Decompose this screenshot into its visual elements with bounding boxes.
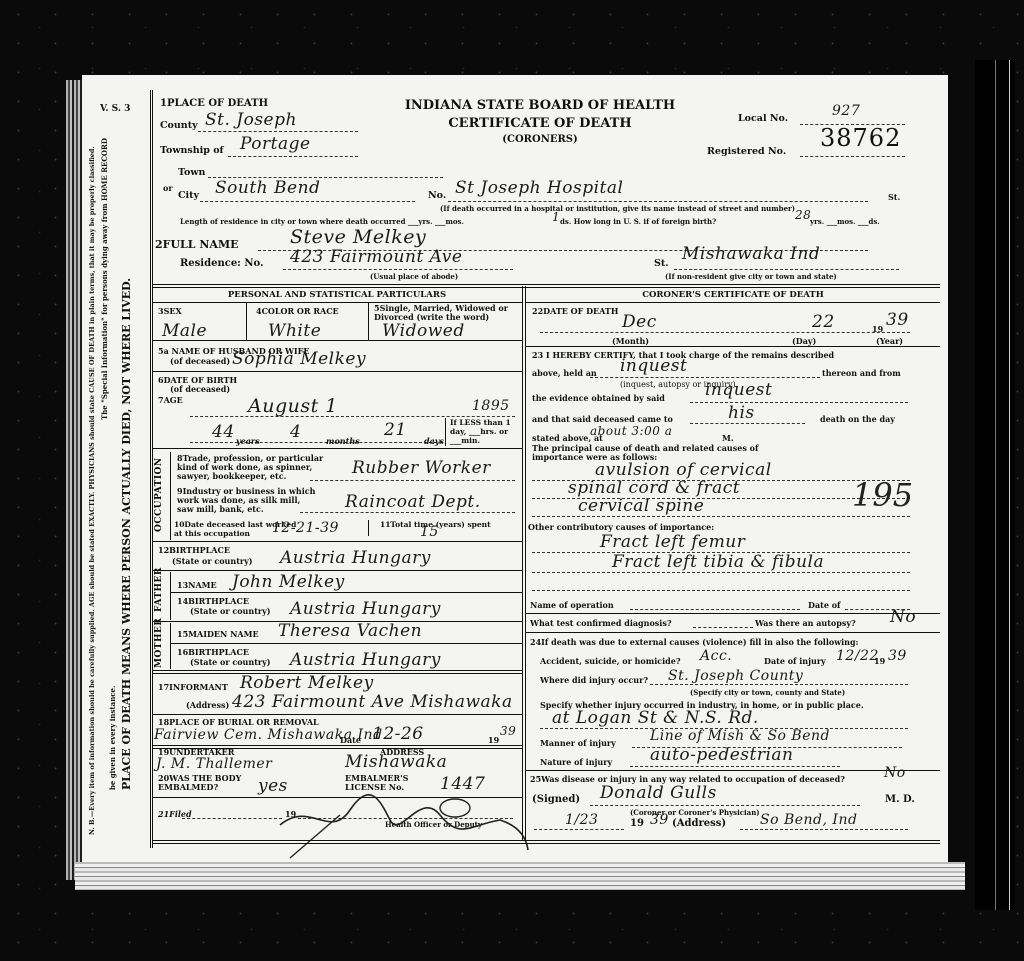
father-birthplace-sublabel: (State or country) <box>190 606 271 616</box>
spouse-value: Sophia Melkey <box>232 349 366 369</box>
divider <box>526 613 940 614</box>
birthplace-label: 12BIRTHPLACE <box>158 545 230 555</box>
stated-suffix: M. <box>722 433 734 443</box>
residence-city-line <box>674 269 899 270</box>
signed-value: Donald Gulls <box>600 783 717 803</box>
injury-year-value: 39 <box>888 648 907 664</box>
margin-note-place-of-death: PLACE OF DEATH MEANS WHERE PERSON ACTUAL… <box>120 278 133 790</box>
other-line-3 <box>532 590 910 591</box>
held-value: inquest <box>620 356 687 376</box>
burial-year-value: 39 <box>500 724 516 738</box>
city-label: City <box>178 190 199 201</box>
industry-line <box>300 512 515 513</box>
where-label: Where did injury occur? <box>540 675 648 685</box>
injury-date-value: 12/22 <box>836 648 879 664</box>
st-label: St. <box>888 192 900 202</box>
divider <box>152 340 522 341</box>
came-line <box>690 423 805 424</box>
evidence-label: the evidence obtained by said <box>532 393 665 403</box>
other-line-2 <box>532 572 910 573</box>
mother-side-label: MOTHER <box>154 618 164 668</box>
burial-label: 18PLACE OF BURIAL OR REMOVAL <box>158 717 319 727</box>
came-label: and that said deceased came to <box>532 414 673 424</box>
death-day-value: 22 <box>812 312 835 332</box>
informant-label: 17INFORMANT <box>158 682 228 692</box>
mother-birthplace-value: Austria Hungary <box>290 650 441 670</box>
divider <box>170 623 171 669</box>
injury-date-label: Date of injury <box>764 656 826 666</box>
divider <box>526 770 940 771</box>
divider <box>170 572 171 620</box>
industry-label: 9Industry or business in which work was … <box>177 487 317 514</box>
dob-sublabel: (of deceased) <box>170 384 230 394</box>
town-label: Town <box>178 167 205 178</box>
death-year-value: 39 <box>886 310 909 330</box>
street-no-value: St Joseph Hospital <box>455 178 623 198</box>
manner-label: Manner of injury <box>540 738 616 748</box>
informant-address-label: (Address) <box>186 700 229 710</box>
father-birthplace-value: Austria Hungary <box>290 599 441 619</box>
total-time-label: 11Total time (years) spent <box>380 520 500 529</box>
us-years-value: 28 <box>795 208 811 222</box>
nature-label: Nature of injury <box>540 757 612 767</box>
occupation-side-label: OCCUPATION <box>154 457 164 532</box>
city-value: South Bend <box>215 178 320 198</box>
day-label: (Day) <box>792 336 816 346</box>
divider <box>152 448 522 449</box>
father-name-label: 13NAME <box>177 580 217 590</box>
section-divider-bottom <box>152 840 940 844</box>
margin-note-instructions: N. B.—Every item of information should b… <box>88 115 96 835</box>
mother-name-value: Theresa Vachen <box>278 621 422 641</box>
signed-label: (Signed) <box>532 794 580 805</box>
held-label: above, held an <box>532 368 597 378</box>
father-birthplace-label: 14BIRTHPLACE <box>177 596 249 606</box>
place-of-death-label: 1PLACE OF DEATH <box>160 98 268 109</box>
cause-value-1: avulsion of cervical <box>595 460 772 480</box>
header-certificate: CERTIFICATE OF DEATH <box>370 116 710 131</box>
operation-line <box>630 609 800 610</box>
mother-name-label: 15MAIDEN NAME <box>177 629 259 639</box>
address-value: So Bend, Ind <box>760 812 857 828</box>
registered-no-value: 38762 <box>820 124 901 152</box>
residence-length-days: 1 <box>552 210 560 224</box>
coroner-section-title: CORONER'S CERTIFICATE OF DEATH <box>526 290 940 300</box>
registered-no-line <box>800 156 905 157</box>
external-causes-label: 24If death was due to external causes (v… <box>530 637 858 647</box>
local-no-label: Local No. <box>738 113 788 124</box>
autopsy-label: Was there an autopsy? <box>755 618 856 628</box>
burial-year-prefix: 19 <box>488 735 499 745</box>
occupation-related-value: No <box>884 765 906 781</box>
signed-line <box>590 805 860 806</box>
sign-date-value: 1/23 <box>565 812 598 828</box>
dob-line <box>190 416 515 417</box>
residence-label: Residence: No. <box>180 258 263 269</box>
column-divider <box>522 286 526 841</box>
divider <box>526 632 940 633</box>
less-than-label: If LESS than 1 day, ___hrs. or ___min. <box>450 418 520 445</box>
age-days-label: days <box>424 436 444 446</box>
age-months-label: months <box>326 436 360 446</box>
undertaker-address-value: Mishawaka <box>345 752 447 772</box>
age-years-value: 44 <box>212 422 235 442</box>
cause-value-3: cervical spine <box>578 496 704 516</box>
margin-note-special-information: The "Special Information" for persons dy… <box>100 138 109 420</box>
race-label: 4COLOR OR RACE <box>256 306 339 316</box>
mother-birthplace-label: 16BIRTHPLACE <box>177 647 249 657</box>
township-line <box>228 156 358 157</box>
nature-line <box>630 766 840 767</box>
divider <box>526 346 940 347</box>
address-line <box>740 829 908 830</box>
manner-value: Line of Mish & So Bend <box>650 728 830 744</box>
divider <box>170 643 522 644</box>
age-months-value: 4 <box>290 422 301 442</box>
md-label: M. D. <box>885 794 915 805</box>
health-officer-signature <box>270 780 540 860</box>
divider <box>246 302 247 340</box>
month-label: (Month) <box>612 336 649 346</box>
divider <box>170 452 171 540</box>
test-label: What test confirmed diagnosis? <box>530 618 672 628</box>
burial-date-value: 12-26 <box>372 724 424 744</box>
margin-note-every-instance: be given in every instance. <box>108 686 117 790</box>
burial-date-label: Date <box>340 735 361 745</box>
sign-year-value: 39 <box>650 812 669 828</box>
trade-value: Rubber Worker <box>352 458 491 478</box>
residence-length-label: Length of residence in city or town wher… <box>180 217 464 226</box>
divider <box>152 371 522 372</box>
autopsy-value: No <box>890 607 916 627</box>
divider <box>526 302 940 303</box>
full-name-label: 2FULL NAME <box>155 238 239 251</box>
death-month-value: Dec <box>622 312 657 332</box>
township-label: Township of <box>160 145 224 156</box>
spouse-sublabel: (of deceased) <box>170 356 230 366</box>
dob-value: August 1 <box>248 395 338 417</box>
header-coroners: (CORONERS) <box>370 134 710 145</box>
sex-label: 3SEX <box>158 306 182 316</box>
evidence-line <box>690 402 908 403</box>
industry-value: Raincoat Dept. <box>345 492 481 512</box>
held-line <box>590 377 820 378</box>
county-line <box>198 131 358 132</box>
form-code: V. S. 3 <box>100 104 130 114</box>
address-label: (Address) <box>672 818 726 829</box>
full-name-value: Steve Melkey <box>290 226 426 248</box>
came-value: his <box>728 403 755 423</box>
mother-birthplace-sublabel: (State or country) <box>190 657 271 667</box>
date-of-death-line <box>540 332 910 333</box>
residence-city-value: Mishawaka Ind <box>682 244 820 264</box>
death-year-prefix: 19 <box>872 324 883 334</box>
residence-city-note: (If non-resident give city or town and s… <box>665 272 837 281</box>
where-note: (Specify city or town, county and State) <box>690 688 845 697</box>
other-causes-label: Other contributory causes of importance: <box>528 522 714 532</box>
residence-st-label: St. <box>654 258 669 269</box>
father-side-label: FATHER <box>154 567 164 612</box>
other-value-2: Fract left tibia & fibula <box>612 552 824 572</box>
residence-note: (Usual place of abode) <box>370 272 458 281</box>
cause-code: 195 <box>852 476 913 514</box>
county-value: St. Joseph <box>205 110 297 130</box>
hospital-note: (If death occurred in a hospital or inst… <box>440 204 795 213</box>
specify-value: at Logan St & N.S. Rd. <box>552 708 759 728</box>
trade-label: 8Trade, profession, or particular kind o… <box>177 454 327 481</box>
accident-value: Acc. <box>700 648 732 664</box>
cause-value-2: spinal cord & fract <box>568 478 740 498</box>
other-value-1: Fract left femur <box>600 532 745 552</box>
where-value: St. Joseph County <box>668 668 803 684</box>
section-divider-top <box>152 284 940 288</box>
test-line <box>693 627 753 628</box>
operation-label: Name of operation <box>530 600 614 610</box>
marital-label: 5Single, Married, Widowed or Divorced (w… <box>374 304 520 322</box>
injury-year-prefix: 19 <box>874 656 885 666</box>
personal-section-title: PERSONAL AND STATISTICAL PARTICULARS <box>152 290 522 300</box>
scan-border-right <box>975 60 1015 910</box>
divider <box>445 418 446 446</box>
stated-value: about 3:00 a <box>590 424 672 438</box>
registered-no-label: Registered No. <box>707 146 786 157</box>
birthplace-sublabel: (State or country) <box>172 556 253 566</box>
divider <box>152 714 522 715</box>
informant-value: Robert Melkey <box>240 673 374 693</box>
cause-line-3 <box>532 516 910 517</box>
age-days-value: 21 <box>384 420 407 440</box>
nature-value: auto-pedestrian <box>650 745 793 765</box>
county-label: County <box>160 120 198 131</box>
accident-label: Accident, suicide, or homicide? <box>540 656 681 666</box>
divider <box>170 592 522 593</box>
birthplace-value: Austria Hungary <box>280 548 431 568</box>
undertaker-value: J. M. Thallemer <box>156 756 272 772</box>
residence-value: 423 Fairmount Ave <box>290 247 462 267</box>
informant-address-value: 423 Fairmount Ave Mishawaka <box>232 692 513 712</box>
father-name-value: John Melkey <box>232 572 345 592</box>
divider <box>152 570 522 571</box>
held-suffix: thereon and from <box>822 368 901 378</box>
age-years-label: years <box>236 436 260 446</box>
city-line <box>200 201 415 202</box>
filed-line <box>182 818 282 819</box>
where-line <box>650 684 908 685</box>
age-label: 7AGE <box>158 395 183 405</box>
evidence-value: inquest <box>705 380 772 400</box>
stacked-page-bottom-edges <box>75 862 965 890</box>
header-title: INDIANA STATE BOARD OF HEALTH <box>370 98 710 113</box>
stacked-page-edges <box>66 80 82 880</box>
operation-date-label: Date of <box>808 600 840 610</box>
dob-year-value: 1895 <box>472 398 510 414</box>
age-line <box>190 442 442 443</box>
sign-date-line <box>534 829 624 830</box>
came-suffix: death on the day <box>820 414 895 424</box>
total-time-value: 15 <box>420 524 439 540</box>
township-value: Portage <box>240 134 311 154</box>
us-years-label: yrs. ___mos. ___ds. <box>810 217 880 226</box>
street-no-line <box>448 201 868 202</box>
trade-line <box>310 480 515 481</box>
date-of-death-label: 22DATE OF DEATH <box>532 306 618 316</box>
street-no-label: No. <box>428 190 446 201</box>
us-birth-label: ds. How long in U. S. if of foreign birt… <box>560 217 716 226</box>
marital-value: Widowed <box>382 321 465 341</box>
local-no-value: 927 <box>832 103 860 119</box>
divider <box>368 302 369 340</box>
sign-year-prefix: 19 <box>630 818 644 829</box>
last-worked-value: 12-21-39 <box>272 520 339 536</box>
divider <box>152 541 522 542</box>
residence-line <box>283 269 513 270</box>
year-label: (Year) <box>876 336 903 346</box>
divider <box>368 520 369 536</box>
sex-value: Male <box>162 321 207 341</box>
or-label: or <box>163 183 173 193</box>
race-value: White <box>268 321 321 341</box>
